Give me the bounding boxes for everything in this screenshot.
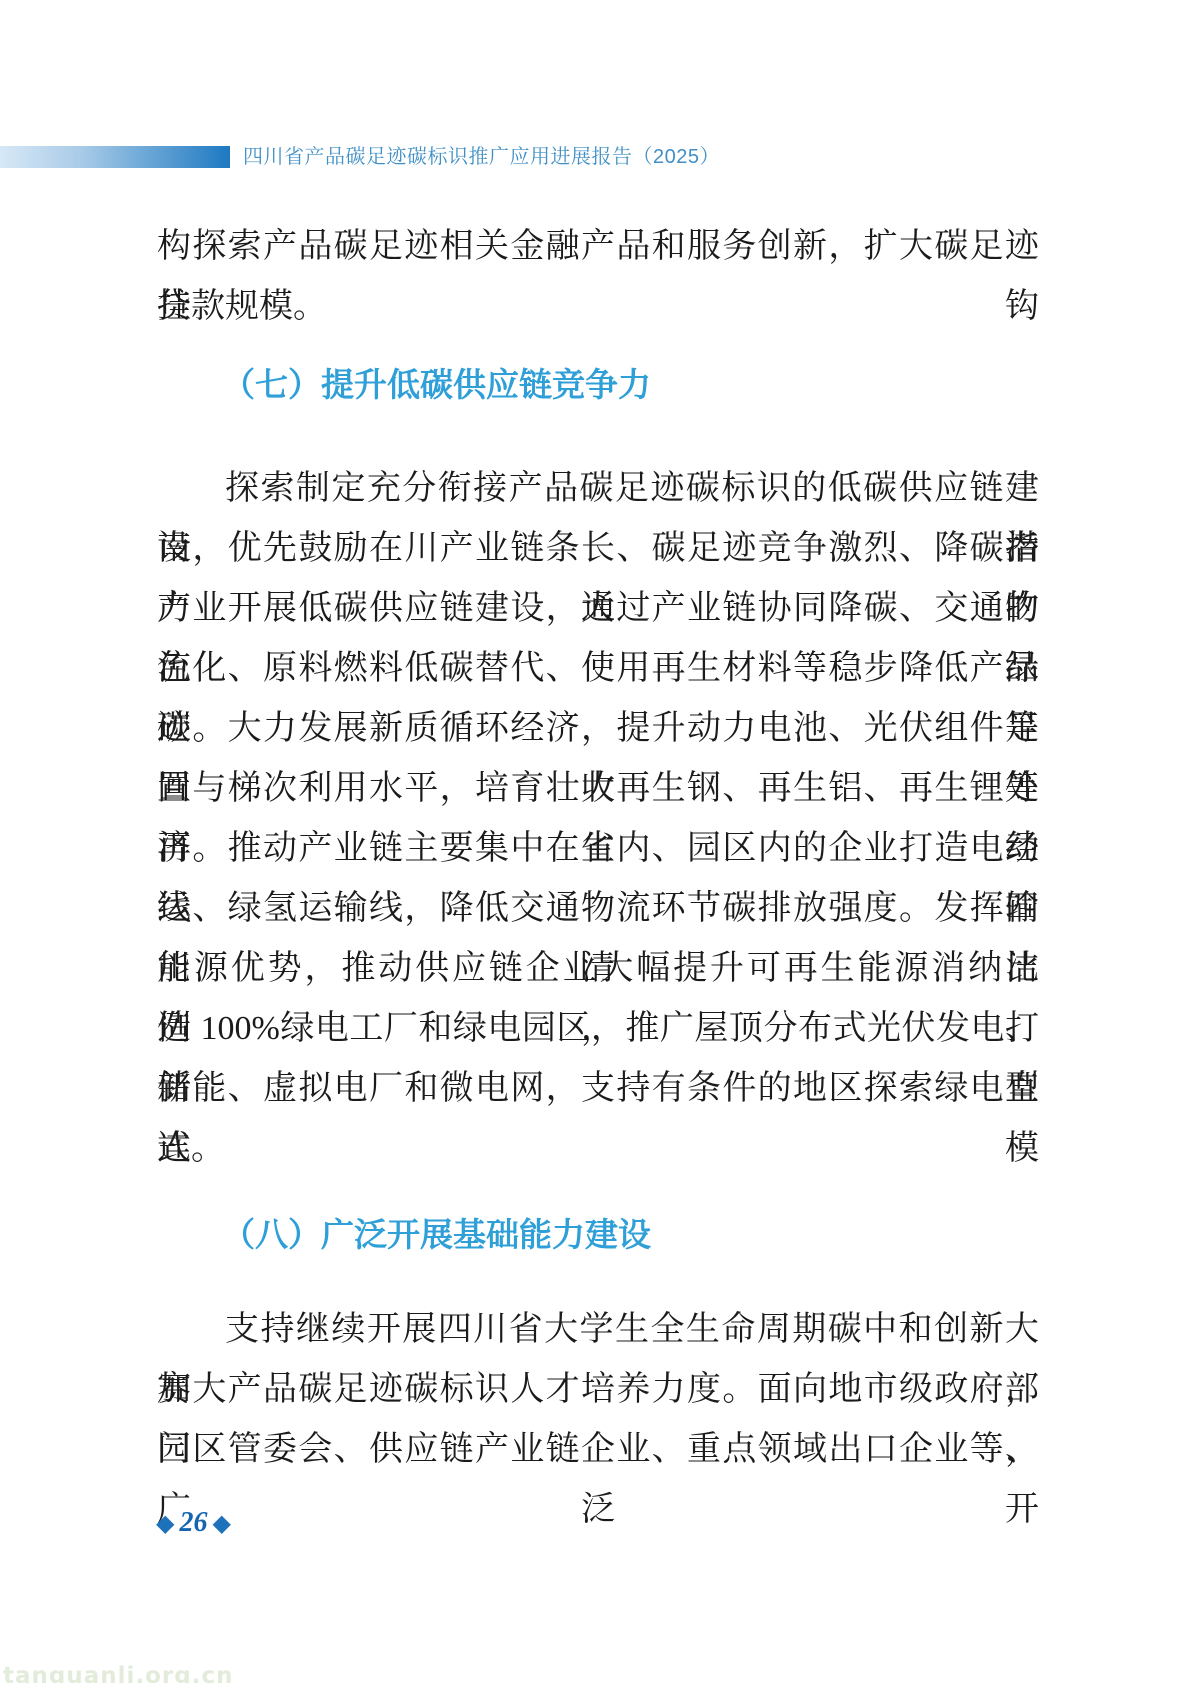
text-line: 构探索产品碳足迹相关金融产品和服务创新，扩大碳足迹挂钩 — [157, 217, 1039, 277]
diamond-icon: ◆ — [156, 1511, 174, 1535]
text-line: 迹。大力发展新质循环经济，提升动力电池、光伏组件等回收处 — [157, 699, 1039, 759]
text-line: 园区管委会、供应链产业链企业、重点领域出口企业等，广泛开 — [157, 1420, 1039, 1480]
paragraph-carbon-finance: 构探索产品碳足迹相关金融产品和服务创新，扩大碳足迹挂钩贷款规模。 — [157, 217, 1039, 337]
text-line: 线、绿氢运输线，降低交通物流环节碳排放强度。发挥四川清洁 — [157, 879, 1039, 939]
text-line: 置与梯次利用水平，培育壮大再生钢、再生铝、再生锂等再生经 — [157, 759, 1039, 819]
document-page: 四川省产品碳足迹碳标识推广应用进展报告（2025） 构探索产品碳足迹相关金融产品… — [0, 0, 1190, 1683]
text-line: 色化、原料燃料低碳替代、使用再生材料等稳步降低产品碳足 — [157, 639, 1039, 699]
section-heading-8: （八）广泛开展基础能力建设 — [157, 1205, 1104, 1265]
text-line: 支持继续开展四川省大学生全生命周期碳中和创新大赛， — [157, 1300, 1039, 1360]
text-line: 储能、虚拟电厂和微电网，支持有条件的地区探索绿电直连模 — [157, 1059, 1039, 1119]
header-title: 四川省产品碳足迹碳标识推广应用进展报告（2025） — [243, 144, 720, 170]
text-line: 探索制定充分衔接产品碳足迹碳标识的低碳供应链建设指 — [157, 459, 1039, 519]
section-heading-7: （七）提升低碳供应链竞争力 — [157, 355, 1104, 415]
text-line: 能源优势，推动供应链企业大幅提升可再生能源消纳比例，打 — [157, 939, 1039, 999]
watermark-text: tanguanli.org.cn — [3, 1663, 233, 1683]
text-line: 产业开展低碳供应链建设，通过产业链协同降碳、交通物流绿 — [157, 579, 1039, 639]
text-line: 加大产品碳足迹碳标识人才培养力度。面向地市级政府部门、 — [157, 1360, 1039, 1420]
paragraph-capacity-building: 支持继续开展四川省大学生全生命周期碳中和创新大赛，加大产品碳足迹碳标识人才培养力… — [157, 1300, 1039, 1480]
text-line: 济。推动产业链主要集中在省内、园区内的企业打造电动运输 — [157, 819, 1039, 879]
diamond-icon: ◆ — [212, 1511, 230, 1535]
text-line: 南，优先鼓励在川产业链条长、碳足迹竞争激烈、降碳潜力大的 — [157, 519, 1039, 579]
page-footer: ◆ 26 ◆ — [156, 1505, 231, 1541]
text-line: 造 100%绿电工厂和绿电园区，推广屋顶分布式光伏发电、新型 — [157, 999, 1039, 1059]
header-gradient-bar — [0, 146, 230, 168]
page-number: 26 — [179, 1509, 207, 1537]
paragraph-low-carbon-supply-chain: 探索制定充分衔接产品碳足迹碳标识的低碳供应链建设指南，优先鼓励在川产业链条长、碳… — [157, 459, 1039, 1179]
